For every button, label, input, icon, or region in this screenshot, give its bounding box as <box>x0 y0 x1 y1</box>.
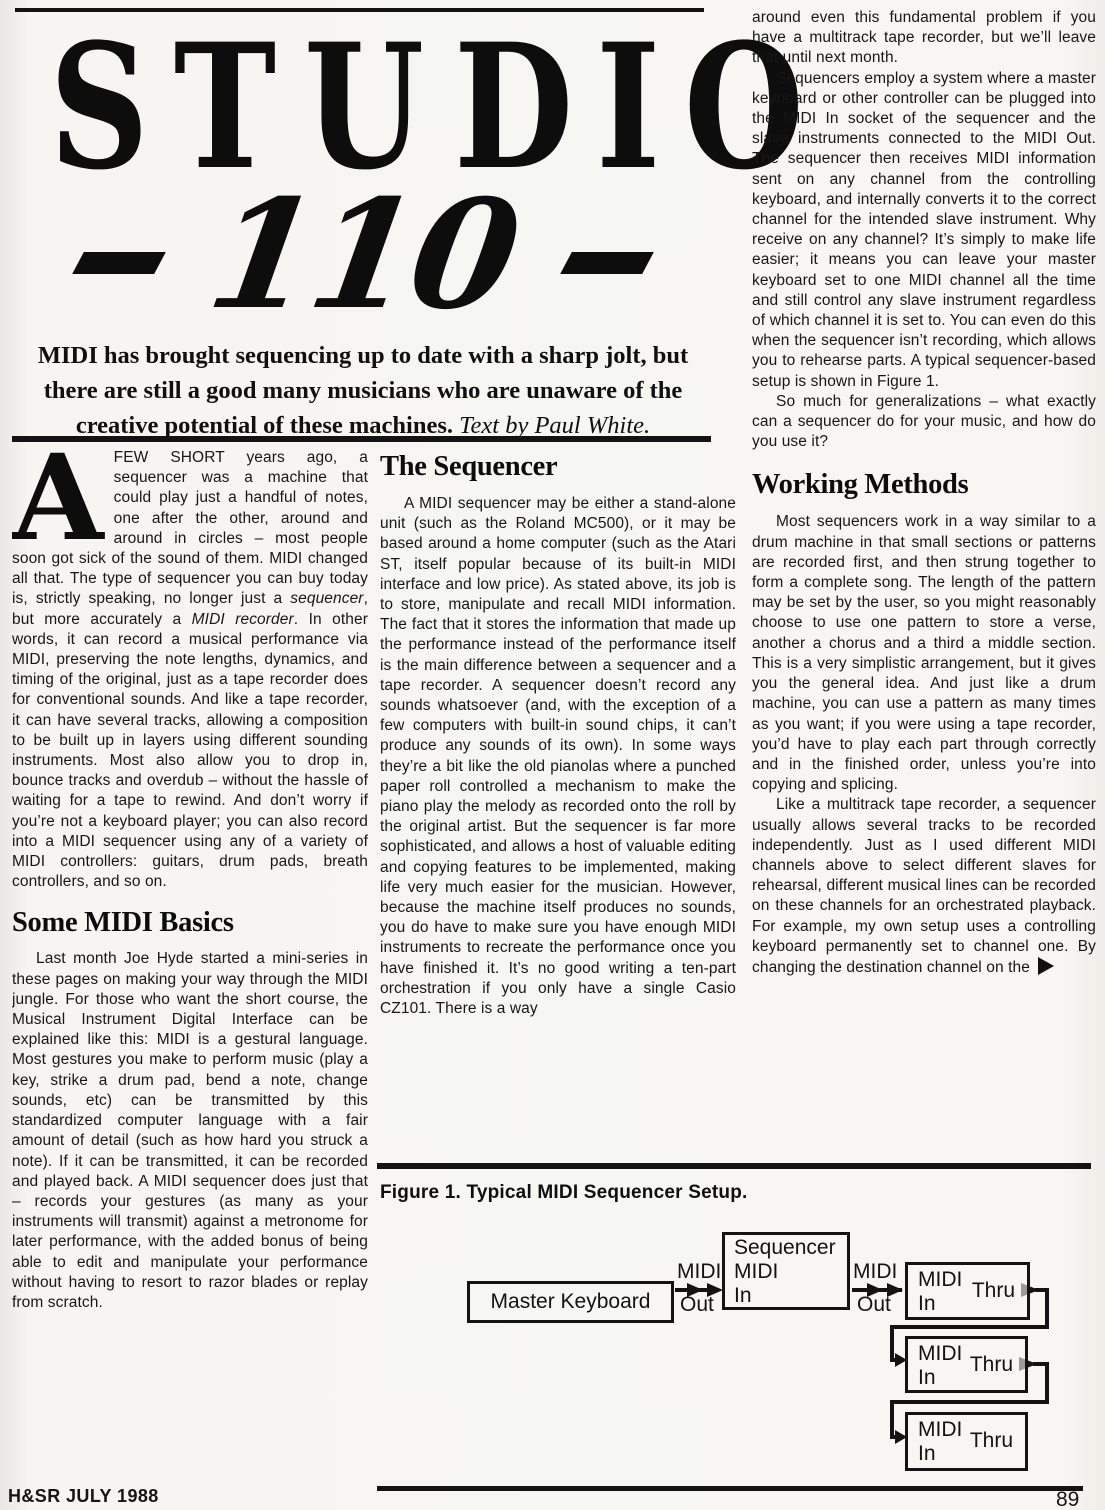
sequencer-in-label: In <box>734 1284 752 1308</box>
byline: Text by Paul White. <box>459 412 650 439</box>
section-heading-the-sequencer: The Sequencer <box>380 450 736 484</box>
body-text-italic: MIDI recorder <box>192 611 294 628</box>
masthead-letter: I <box>596 37 660 177</box>
paragraph: Sequencers employ a system where a maste… <box>752 69 1096 392</box>
masthead-title: STUDIO <box>15 36 711 178</box>
dropcap: A <box>12 448 114 542</box>
masthead: STUDIO 110 MIDI has brought sequencing u… <box>15 8 711 443</box>
thru-label: Thru <box>972 1279 1015 1303</box>
column-3: around even this fundamental problem if … <box>752 8 1096 1160</box>
right-dash <box>560 252 654 274</box>
in-label: In <box>918 1366 936 1390</box>
left-dash <box>73 252 167 274</box>
paragraph: A MIDI sequencer may be either a stand-a… <box>380 494 736 1019</box>
masthead-letter: S <box>49 37 148 177</box>
masthead-letter: T <box>174 37 276 177</box>
midi-label: MIDI <box>918 1268 962 1292</box>
sequencer-label: Sequencer <box>734 1236 836 1260</box>
midi-label: MIDI <box>918 1342 962 1366</box>
figure-1: Figure 1. Typical MIDI Sequencer Setup. … <box>375 1160 1095 1510</box>
thru-label: Thru <box>970 1353 1013 1377</box>
sequencer-midi-label: MIDI <box>734 1260 778 1284</box>
body-text-italic: sequencer <box>290 590 363 607</box>
issue-number: 110 <box>204 199 523 311</box>
midi-out-label-2-out: Out <box>857 1293 891 1317</box>
continued-right-triangle-icon <box>1038 957 1054 975</box>
slave-instrument-box-2: MIDI In Thru <box>905 1336 1028 1393</box>
in-label: In <box>918 1292 936 1316</box>
paragraph: Last month Joe Hyde started a mini-serie… <box>12 949 368 1313</box>
column-2: The Sequencer A MIDI sequencer may be ei… <box>380 448 736 1158</box>
paragraph: AFEW SHORT years ago, a sequencer was a … <box>12 448 368 892</box>
body-text: Like a multitrack tape recorder, a seque… <box>752 796 1096 976</box>
in-label: In <box>918 1442 936 1466</box>
body-text: . In other words, it can record a musica… <box>12 611 368 891</box>
master-keyboard-box: Master Keyboard <box>467 1281 674 1323</box>
paragraph: Like a multitrack tape recorder, a seque… <box>752 795 1096 978</box>
section-heading-midi-basics: Some MIDI Basics <box>12 906 368 940</box>
figure-bottom-rule <box>377 1486 1083 1491</box>
paragraph: Most sequencers work in a way similar to… <box>752 512 1096 795</box>
midi-out-label-1-midi: MIDI <box>677 1260 721 1284</box>
masthead-letter: U <box>304 37 424 177</box>
masthead-number-row: 110 <box>15 194 711 316</box>
thru-label: Thru <box>970 1429 1013 1453</box>
journal-footer: H&SR JULY 1988 <box>8 1486 159 1507</box>
masthead-letter: D <box>454 37 573 177</box>
page-number: 89 <box>1056 1488 1079 1510</box>
sequencer-box: Sequencer MIDI In <box>722 1232 850 1310</box>
midi-out-label-1-out: Out <box>680 1293 714 1317</box>
master-keyboard-label: Master Keyboard <box>491 1290 651 1314</box>
paragraph: So much for generalizations – what exact… <box>752 392 1096 453</box>
slave-instrument-box-1: MIDI In Thru <box>905 1262 1030 1320</box>
paragraph: around even this fundamental problem if … <box>752 8 1096 69</box>
column-1: AFEW SHORT years ago, a sequencer was a … <box>12 448 368 1486</box>
midi-label: MIDI <box>918 1418 962 1442</box>
midi-out-label-2-midi: MIDI <box>853 1260 897 1284</box>
masthead-divider-rule <box>12 436 711 442</box>
magazine-page: STUDIO 110 MIDI has brought sequencing u… <box>0 0 1105 1510</box>
section-heading-working-methods: Working Methods <box>752 468 1096 502</box>
slave-instrument-box-3: MIDI In Thru <box>905 1412 1028 1471</box>
standfirst: MIDI has brought sequencing up to date w… <box>24 338 702 443</box>
